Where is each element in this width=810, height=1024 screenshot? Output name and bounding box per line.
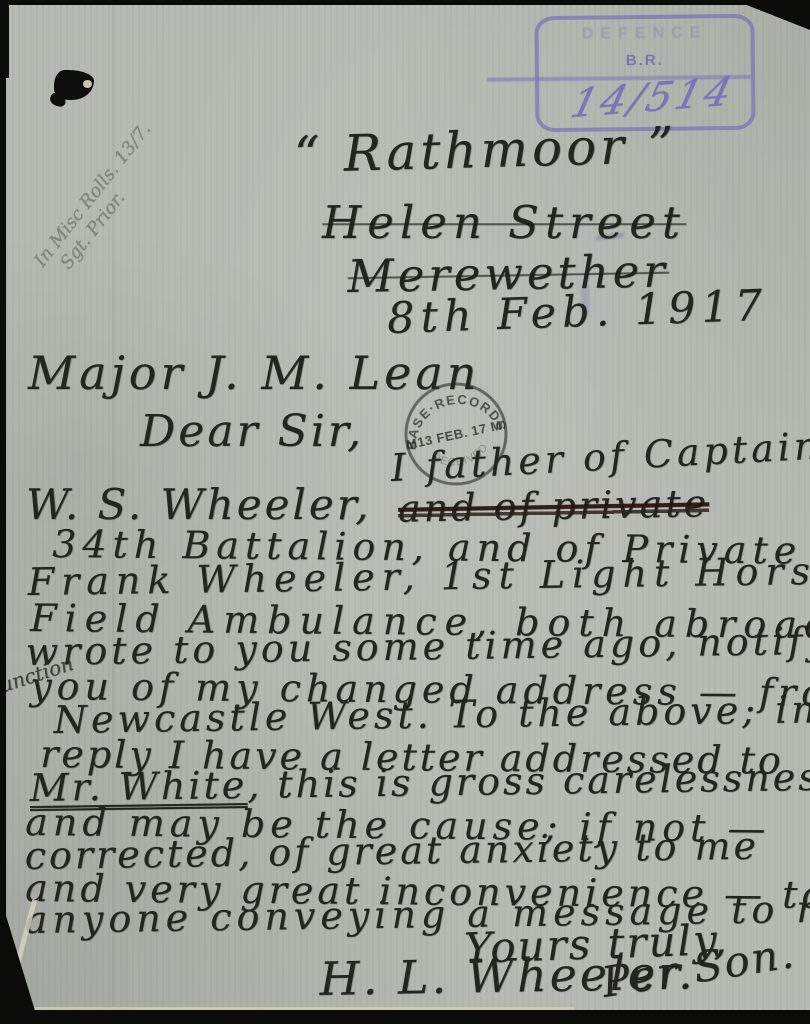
scan-corner-bottom-left — [0, 896, 36, 1014]
letterhead-house: “ Rathmoor ” — [293, 116, 678, 184]
salutation: Dear Sir, — [140, 406, 364, 457]
scan-corner-top-right — [734, 0, 810, 30]
pencil-archive-note: In Misc Rolls. 13/7. Sgt. Prior. — [30, 119, 173, 285]
scan-edge-top — [0, 0, 810, 5]
registry-stamp-department: DEFENCE — [539, 24, 751, 44]
registry-stamp-branch: B.R. — [539, 51, 751, 70]
scan-edge-bottom — [0, 1010, 810, 1024]
body-line-1: W. S. Wheeler,and of private — [26, 480, 709, 529]
scan-edge-left — [0, 0, 6, 1024]
registry-stamp-box: DEFENCE B.R. 14/514 — [534, 14, 755, 132]
ink-blot — [54, 70, 94, 100]
letterhead-street: Helen Street — [322, 196, 686, 249]
body-line-9-rest: , this is gross carelessness, — [247, 754, 810, 807]
scanned-letter-page: In Misc Rolls. 13/7. Sgt. Prior. DEFENCE… — [0, 0, 810, 1024]
crossed-out-text: and of private — [397, 481, 709, 530]
